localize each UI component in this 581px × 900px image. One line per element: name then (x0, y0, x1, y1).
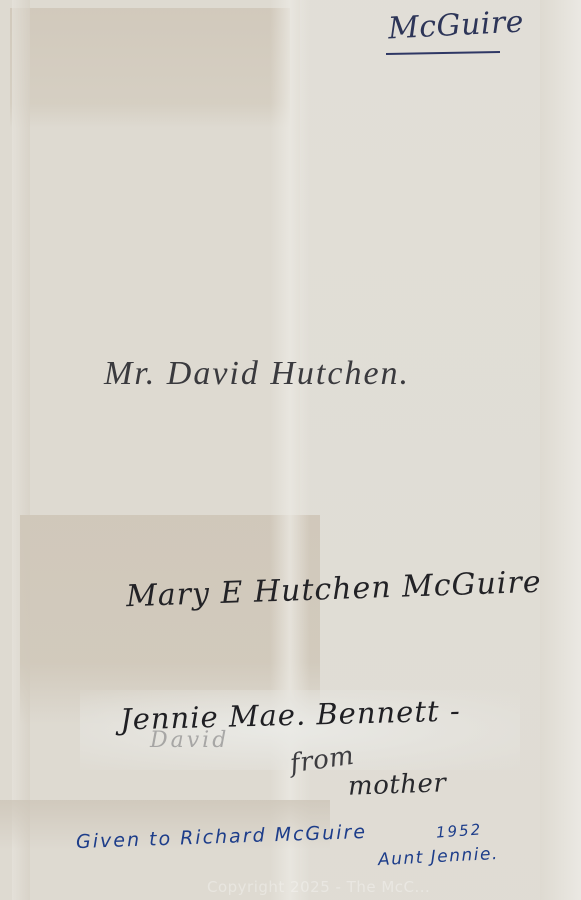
blue-note-signature: Aunt Jennie. (378, 844, 500, 870)
inscription-line-2: Mary E Hutchen McGuire (126, 565, 543, 614)
inscription-line-4: from (288, 741, 356, 780)
inscription-line-1: Mr. David Hutchen. (104, 355, 410, 393)
blue-note-main: Given to Richard McGuire (76, 821, 368, 853)
document-page: McGuire Mr. David Hutchen. Mary E Hutche… (0, 0, 581, 900)
inscription-line-5: mother (348, 768, 447, 801)
paper-fold-left (12, 0, 30, 900)
header-surname: McGuire (387, 4, 525, 46)
paper-stain-top (10, 8, 290, 128)
blue-note-year: 1952 (435, 820, 482, 841)
inscription-line-3: Jennie Mae. Bennett - (120, 694, 461, 737)
copyright-watermark: Copyright 2025 - The McC... (207, 878, 430, 896)
paper-stain-middle (20, 515, 320, 725)
header-underline (386, 51, 500, 55)
paper-edge-right (540, 0, 581, 900)
